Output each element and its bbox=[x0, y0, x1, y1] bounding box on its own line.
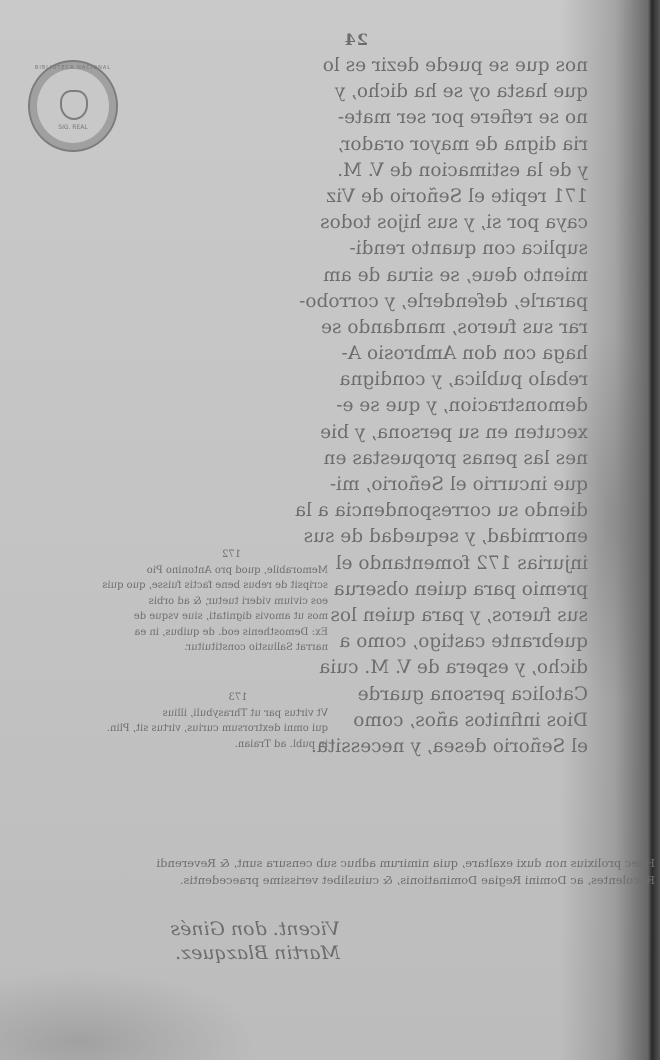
paper-stain bbox=[0, 970, 260, 1060]
text-line: que incurrio el Señorio, mi- bbox=[333, 472, 588, 498]
note-line: eos civium videri tuetur, & ad orbis bbox=[135, 594, 328, 610]
text-line: caya por si, y sus hijos todos bbox=[333, 210, 588, 236]
text-line: quebrante castigo, como a bbox=[333, 629, 588, 655]
note-line: mos ut amovis dignitati, siue vsque de bbox=[135, 609, 328, 625]
stamp-ring-text: BIBLIOTECA NACIONAL bbox=[30, 65, 116, 71]
note-line: scripsit de rebus bene factis fuisse, qu… bbox=[135, 578, 328, 594]
text-line: pararle, defenderle, y corrobo- bbox=[333, 289, 588, 315]
text-line: miento deue, se sirua de am bbox=[333, 263, 588, 289]
text-line: dicho, y espera de V. M. cuia bbox=[333, 655, 588, 681]
note-line: in publ. ad Traian. bbox=[148, 737, 328, 753]
text-line: rebalo publica, y condigna bbox=[333, 367, 588, 393]
approval-note: Haec prolixius non duxi exaltare, quia n… bbox=[105, 855, 655, 889]
text-line: premio para quien obserua bbox=[333, 577, 588, 603]
text-line: Dios infinitos años, como bbox=[333, 708, 588, 734]
library-stamp: BIBLIOTECA NACIONAL SIG. REAL bbox=[28, 60, 118, 152]
text-line: xecuten en su persona, y bie bbox=[333, 420, 588, 446]
text-line: suplica con quanto rendi- bbox=[333, 236, 588, 262]
stamp-center-text: SIG. REAL bbox=[38, 124, 108, 131]
note-line: Ex: Demosthenis eod. de quibus, in ea bbox=[135, 625, 328, 641]
signature-line: Vicent. don Ginés bbox=[140, 917, 340, 941]
text-line: que hasta oy se ha dicho, y bbox=[333, 79, 588, 105]
marginal-note-173: 173 Vt virtus par ut Thrasybuli, illius … bbox=[148, 690, 328, 752]
text-line: no se refiere por ser mate- bbox=[333, 105, 588, 131]
text-line: 171 repite el Señorio de Viz bbox=[333, 184, 588, 210]
text-line: y de la estimacion de V. M. bbox=[333, 158, 588, 184]
text-line: demonstracion, y que se e- bbox=[333, 393, 588, 419]
text-line: sus fueros, y para quien los bbox=[333, 603, 588, 629]
note-line: Vt virtus par ut Thrasybuli, illius bbox=[148, 706, 328, 722]
text-line: rar sus fueros, mandando se bbox=[333, 315, 588, 341]
text-line: diendo su correspondencia a la bbox=[333, 498, 588, 524]
main-text-column: nos que se puede dezir es lo que hasta o… bbox=[333, 53, 588, 760]
note-number: 173 bbox=[148, 690, 328, 706]
text-line: nos que se puede dezir es lo bbox=[333, 53, 588, 79]
text-line: enormidad, y sequedad de sus bbox=[333, 524, 588, 550]
signature: Vicent. don Ginés Martin Blazquez. bbox=[140, 917, 340, 965]
note-line: qui omni dextrorsum curius, virtus sit, … bbox=[148, 721, 328, 737]
crest-icon bbox=[60, 90, 88, 120]
scanned-page: BIBLIOTECA NACIONAL SIG. REAL 24 nos que… bbox=[0, 0, 660, 1060]
text-line: Catolica persona guarde bbox=[333, 682, 588, 708]
page-number: 24 bbox=[338, 30, 368, 49]
approval-line: Recolentes, ac Domini Regiae Dominationi… bbox=[105, 872, 655, 889]
approval-line: Haec prolixius non duxi exaltare, quia n… bbox=[105, 855, 655, 872]
marginal-note-172: 172 Memorabile, quod pro Antonino Pio sc… bbox=[135, 547, 328, 656]
note-line: narrat Sallustio constituitur. bbox=[135, 640, 328, 656]
text-line: injurias 172 fomentando el bbox=[333, 551, 588, 577]
signature-line: Martin Blazquez. bbox=[140, 941, 340, 965]
text-line: el Señorio desea, y necessita. bbox=[333, 734, 588, 760]
text-line: ria digna de mayor orador, bbox=[333, 132, 588, 158]
note-line: Memorabile, quod pro Antonino Pio bbox=[135, 563, 328, 579]
note-number: 172 bbox=[135, 547, 328, 563]
text-line: nes las penas propuestas en bbox=[333, 446, 588, 472]
text-line: haga con don Ambrosio A- bbox=[333, 341, 588, 367]
